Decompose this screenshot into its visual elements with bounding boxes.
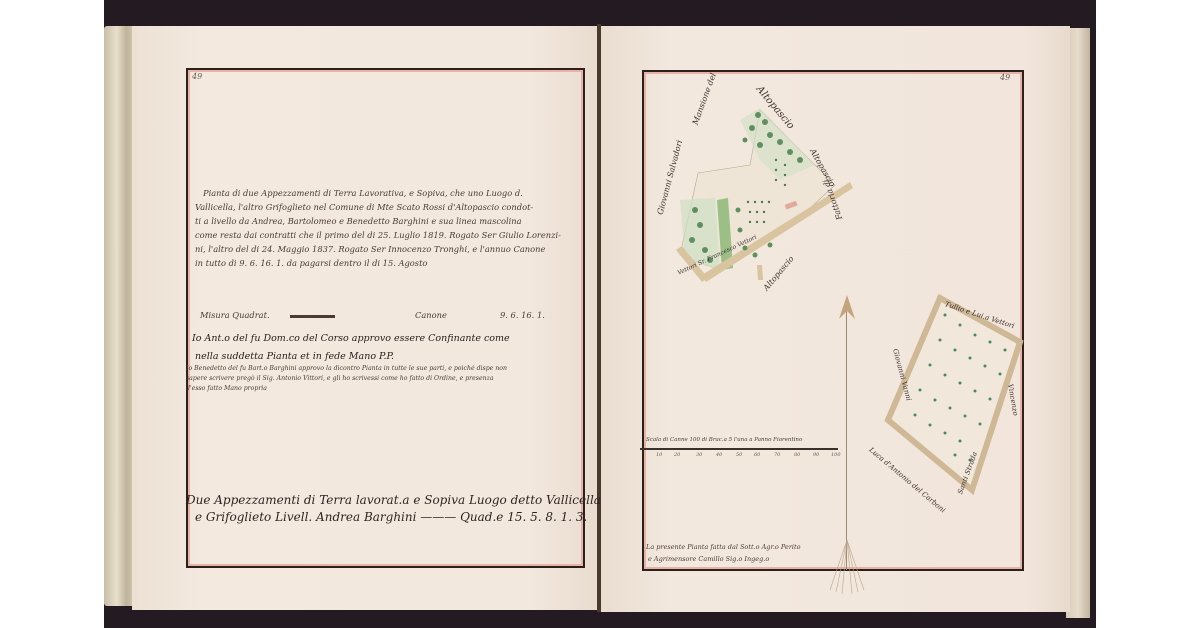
description-line: in tutto di 9. 6. 16. 1. da pagarsi dent… (195, 256, 427, 270)
scale-tick: 40 (716, 452, 722, 458)
canon-label: Canone (415, 308, 447, 322)
description-line: Vallicella, l'altro Grifoglieto nel Comu… (195, 200, 533, 214)
approval-line: Io Ant.o del fu Dom.co del Corso approvo… (192, 332, 510, 346)
scale-bar (640, 448, 838, 450)
measure-label: Misura Quadrat. (200, 308, 270, 322)
description-line: ni, l'altro del di 24. Maggio 1837. Roga… (195, 242, 545, 256)
strikethrough-mark (290, 315, 335, 318)
description-line: come resta dai contratti che il primo de… (195, 228, 561, 242)
scale-tick: 80 (794, 452, 800, 458)
caption-line: Due Appezzamenti di Terra lavorat.a e So… (186, 492, 601, 508)
second-approval-line: sapere scrivere pregò il Sig. Antonio Vi… (186, 374, 494, 384)
right-page-number: 49 (1000, 73, 1010, 82)
scale-tick: 100 (831, 452, 841, 458)
scale-tick: 60 (754, 452, 760, 458)
approval-line: nella suddetta Pianta et in fede Mano P.… (195, 350, 394, 364)
canon-value: 9. 6. 16. 1. (500, 308, 545, 322)
second-approval-line: d'esso fatto Mano propria (186, 384, 267, 394)
scale-tick: 30 (696, 452, 702, 458)
left-page-number: 49 (192, 72, 202, 81)
second-approval-line: Io Benedetto del fu Bart.o Barghini appr… (186, 364, 507, 374)
north-arrow-line (846, 300, 847, 570)
scale-tick: 70 (774, 452, 780, 458)
north-arrow-icon (838, 295, 856, 321)
scale-tick: 90 (813, 452, 819, 458)
caption-line: e Grifoglieto Livell. Andrea Barghini ——… (195, 509, 587, 525)
description-line: Pianta di due Appezzamenti di Terra Lavo… (203, 186, 523, 200)
scale-tick: 50 (736, 452, 742, 458)
description-line: ti a livello da Andrea, Bartolomeo e Ben… (195, 214, 522, 228)
compass-feather-icon (826, 540, 868, 595)
scale-tick: 10 (656, 452, 662, 458)
signature-line: La presente Pianta fatta dal Sott.o Agr.… (646, 542, 801, 552)
signature-line: e Agrimensore Camillo Sig.o Ingeg.o (648, 554, 769, 564)
scale-tick: 20 (674, 452, 680, 458)
book-gutter (597, 24, 601, 612)
scale-title: Scala di Canne 100 di Brac.a 5 l'una a P… (646, 436, 802, 444)
